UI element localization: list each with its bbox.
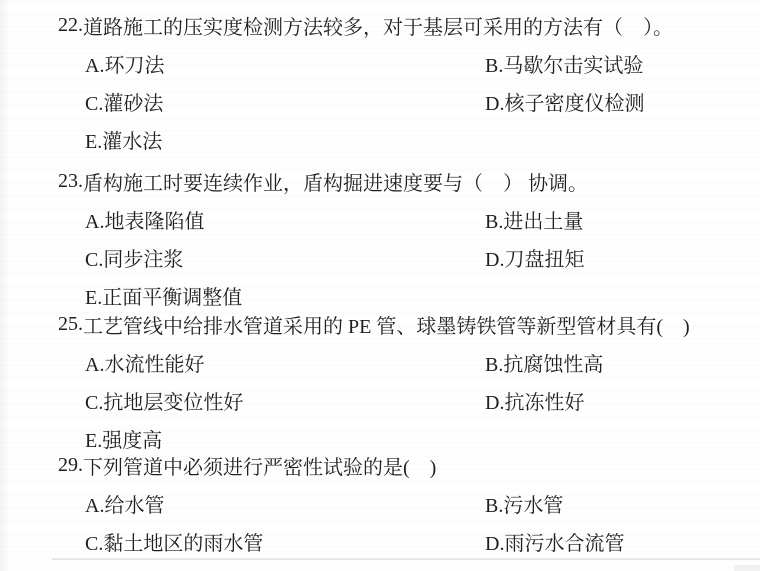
option-b: B.马歇尔击实试验 <box>485 49 643 78</box>
option-row: C.灌砂法D.核子密度仪检测 <box>0 82 760 120</box>
option-e: E.灌水法 <box>85 125 485 154</box>
option-d: D.刀盘扭矩 <box>485 243 584 272</box>
option-row: C.抗地层变位性好D.抗冻性好 <box>0 381 760 419</box>
option-a: A.地表隆陷值 <box>85 205 485 234</box>
option-d: D.抗冻性好 <box>485 386 584 415</box>
question-line-23: 23.盾构施工时要连续作业，盾构掘进速度要与（ ） 协调。 <box>0 162 760 200</box>
option-b: B.进出土量 <box>485 205 583 234</box>
option-row: C.黏土地区的雨水管D.雨污水合流管 <box>0 522 760 560</box>
question-stem: 工艺管线中给排水管道采用的 PE 管、球墨铸铁管等新型管材具有( ) <box>83 310 690 339</box>
option-d: D.雨污水合流管 <box>485 527 624 556</box>
option-row: A.水流性能好B.抗腐蚀性高 <box>0 343 760 381</box>
question-number: 29. <box>58 454 83 477</box>
exam-page: 22.道路施工的压实度检测方法较多，对于基层可采用的方法有（ ）。 A.环刀法B… <box>0 0 760 571</box>
question-line-29: 29.下列管道中必须进行严密性试验的是( ) <box>0 446 760 484</box>
scan-artifact-smudge <box>734 565 760 571</box>
option-c: C.同步注浆 <box>85 243 485 272</box>
question-number: 23. <box>58 170 83 193</box>
option-b: B.抗腐蚀性高 <box>485 348 603 377</box>
option-d: D.核子密度仪检测 <box>485 87 644 116</box>
option-row: A.环刀法B.马歇尔击实试验 <box>0 44 760 82</box>
option-a: A.给水管 <box>85 489 485 518</box>
option-a: A.水流性能好 <box>85 348 485 377</box>
option-row: A.地表隆陷值B.进出土量 <box>0 200 760 238</box>
option-c: C.灌砂法 <box>85 87 485 116</box>
question-stem: 道路施工的压实度检测方法较多，对于基层可采用的方法有（ ）。 <box>83 11 673 40</box>
option-b: B.污水管 <box>485 489 563 518</box>
option-e: E.强度高 <box>85 424 485 453</box>
option-row: E.灌水法 <box>0 120 760 158</box>
question-stem: 下列管道中必须进行严密性试验的是( ) <box>83 451 436 480</box>
question-line-25: 25.工艺管线中给排水管道采用的 PE 管、球墨铸铁管等新型管材具有( ) <box>0 305 760 343</box>
option-e: E.正面平衡调整值 <box>85 281 485 310</box>
option-a: A.环刀法 <box>85 49 485 78</box>
question-number: 25. <box>58 313 83 336</box>
option-c: C.抗地层变位性好 <box>85 386 485 415</box>
option-row: A.给水管B.污水管 <box>0 484 760 522</box>
question-line-22: 22.道路施工的压实度检测方法较多，对于基层可采用的方法有（ ）。 <box>0 6 760 44</box>
question-stem: 盾构施工时要连续作业，盾构掘进速度要与（ ） 协调。 <box>83 167 588 196</box>
scan-artifact-line <box>52 558 760 560</box>
option-row: C.同步注浆D.刀盘扭矩 <box>0 238 760 276</box>
option-c: C.黏土地区的雨水管 <box>85 527 485 556</box>
question-number: 22. <box>58 14 83 37</box>
